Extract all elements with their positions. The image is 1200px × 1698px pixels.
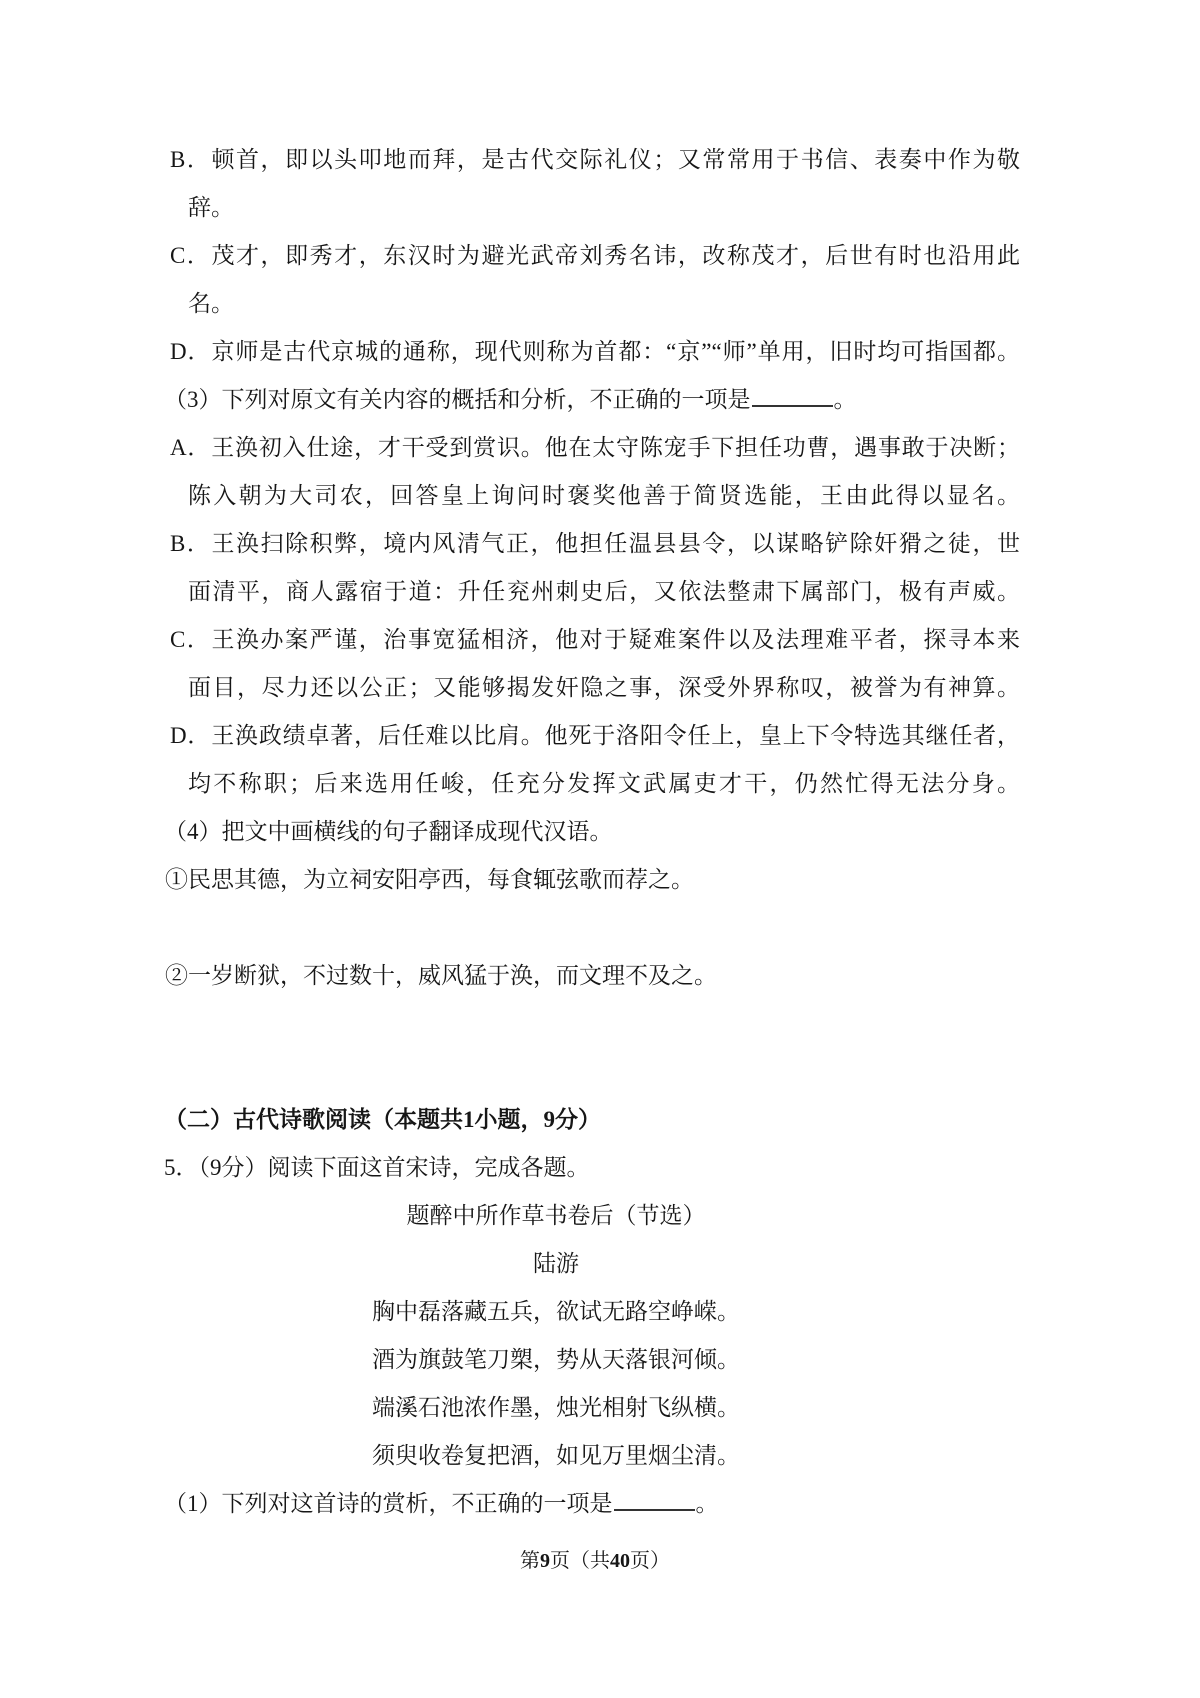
option-b-analysis-line1: B．王涣扫除积弊，境内风清气正，他担任温县县令，以谋略铲除奸猾之徒，世 <box>170 520 1020 568</box>
answer-space-1 <box>170 904 1020 952</box>
question-3-stem-text: （3）下列对原文有关内容的概括和分析，不正确的一项是 <box>164 387 751 412</box>
poem-line-2: 酒为旗鼓笔刀槊，势从天落银河倾。 <box>170 1336 942 1384</box>
poem-line-1: 胸中磊落藏五兵，欲试无路空峥嵘。 <box>170 1288 942 1336</box>
section-heading-poetry: （二）古代诗歌阅读（本题共1小题，9分） <box>164 1096 1020 1144</box>
answer-blank-underline <box>752 401 833 407</box>
option-b-analysis-line2: 面清平，商人露宿于道：升任兖州刺史后，又依法整肃下属部门，极有声威。 <box>170 568 1020 616</box>
footer-middle: 页（共 <box>550 1550 610 1572</box>
footer-total-pages: 40 <box>610 1550 630 1572</box>
question-3-stem: （3）下列对原文有关内容的概括和分析，不正确的一项是。 <box>164 376 1020 424</box>
option-b-culture-line2: 辞。 <box>170 184 1020 232</box>
question-3-stem-period: 。 <box>834 387 857 412</box>
translation-sentence-2: ②一岁断狱，不过数十，威风猛于涣，而文理不及之。 <box>165 952 1020 1000</box>
question-5-1-stem: （1）下列对这首诗的赏析，不正确的一项是。 <box>164 1480 1020 1528</box>
answer-blank-underline <box>614 1505 695 1511</box>
option-a-analysis-line1: A．王涣初入仕途，才干受到赏识。他在太守陈宠手下担任功曹，遇事敢于决断； <box>170 424 1020 472</box>
question-5-intro: 5．（9分）阅读下面这首宋诗，完成各题。 <box>164 1144 1020 1192</box>
option-b-culture-line1: B．顿首，即以头叩地而拜，是古代交际礼仪；又常常用于书信、表奏中作为敬 <box>170 136 1020 184</box>
answer-space-3 <box>170 1048 1020 1096</box>
poem-line-4: 须臾收卷复把酒，如见万里烟尘清。 <box>170 1432 942 1480</box>
footer-prefix: 第 <box>520 1550 540 1572</box>
poem-line-3: 端溪石池浓作墨，烛光相射飞纵横。 <box>170 1384 942 1432</box>
question-4-stem: （4）把文中画横线的句子翻译成现代汉语。 <box>164 808 1020 856</box>
option-d-analysis-line1: D．王涣政绩卓著，后任难以比肩。他死于洛阳令任上，皇上下令特选其继任者， <box>170 712 1020 760</box>
exam-paper-page: B．顿首，即以头叩地而拜，是古代交际礼仪；又常常用于书信、表奏中作为敬辞。C．茂… <box>0 0 1200 1698</box>
translation-sentence-1: ①民思其德，为立祠安阳亭西，每食辄弦歌而荐之。 <box>165 856 1020 904</box>
poem-title: 题醉中所作草书卷后（节选） <box>170 1192 942 1240</box>
poem-author: 陆游 <box>170 1240 942 1288</box>
option-c-analysis-line2: 面目，尽力还以公正；又能够揭发奸隐之事，深受外界称叹，被誉为有神算。 <box>170 664 1020 712</box>
option-c-culture-line1: C．茂才，即秀才，东汉时为避光武帝刘秀名讳，改称茂才，后世有时也沿用此 <box>170 232 1020 280</box>
document-lines: B．顿首，即以头叩地而拜，是古代交际礼仪；又常常用于书信、表奏中作为敬辞。C．茂… <box>170 136 1020 1528</box>
question-5-1-stem-text: （1）下列对这首诗的赏析，不正确的一项是 <box>164 1491 613 1516</box>
option-a-analysis-line2: 陈入朝为大司农，回答皇上询问时褒奖他善于简贤选能，王由此得以显名。 <box>170 472 1020 520</box>
option-c-analysis-line1: C．王涣办案严谨，治事宽猛相济，他对于疑难案件以及法理难平者，探寻本来 <box>170 616 1020 664</box>
option-d-analysis-line2: 均不称职；后来选用任峻，任充分发挥文武属吏才干，仍然忙得无法分身。 <box>170 760 1020 808</box>
answer-space-2 <box>170 1000 1020 1048</box>
page-footer: 第9页（共40页） <box>170 1546 1020 1576</box>
footer-suffix: 页） <box>630 1550 670 1572</box>
option-d-culture: D．京师是古代京城的通称，现代则称为首都：“京”“师”单用，旧时均可指国都。 <box>170 328 1020 376</box>
question-5-1-stem-period: 。 <box>696 1491 719 1516</box>
footer-page-number: 9 <box>540 1550 550 1572</box>
option-c-culture-line2: 名。 <box>170 280 1020 328</box>
